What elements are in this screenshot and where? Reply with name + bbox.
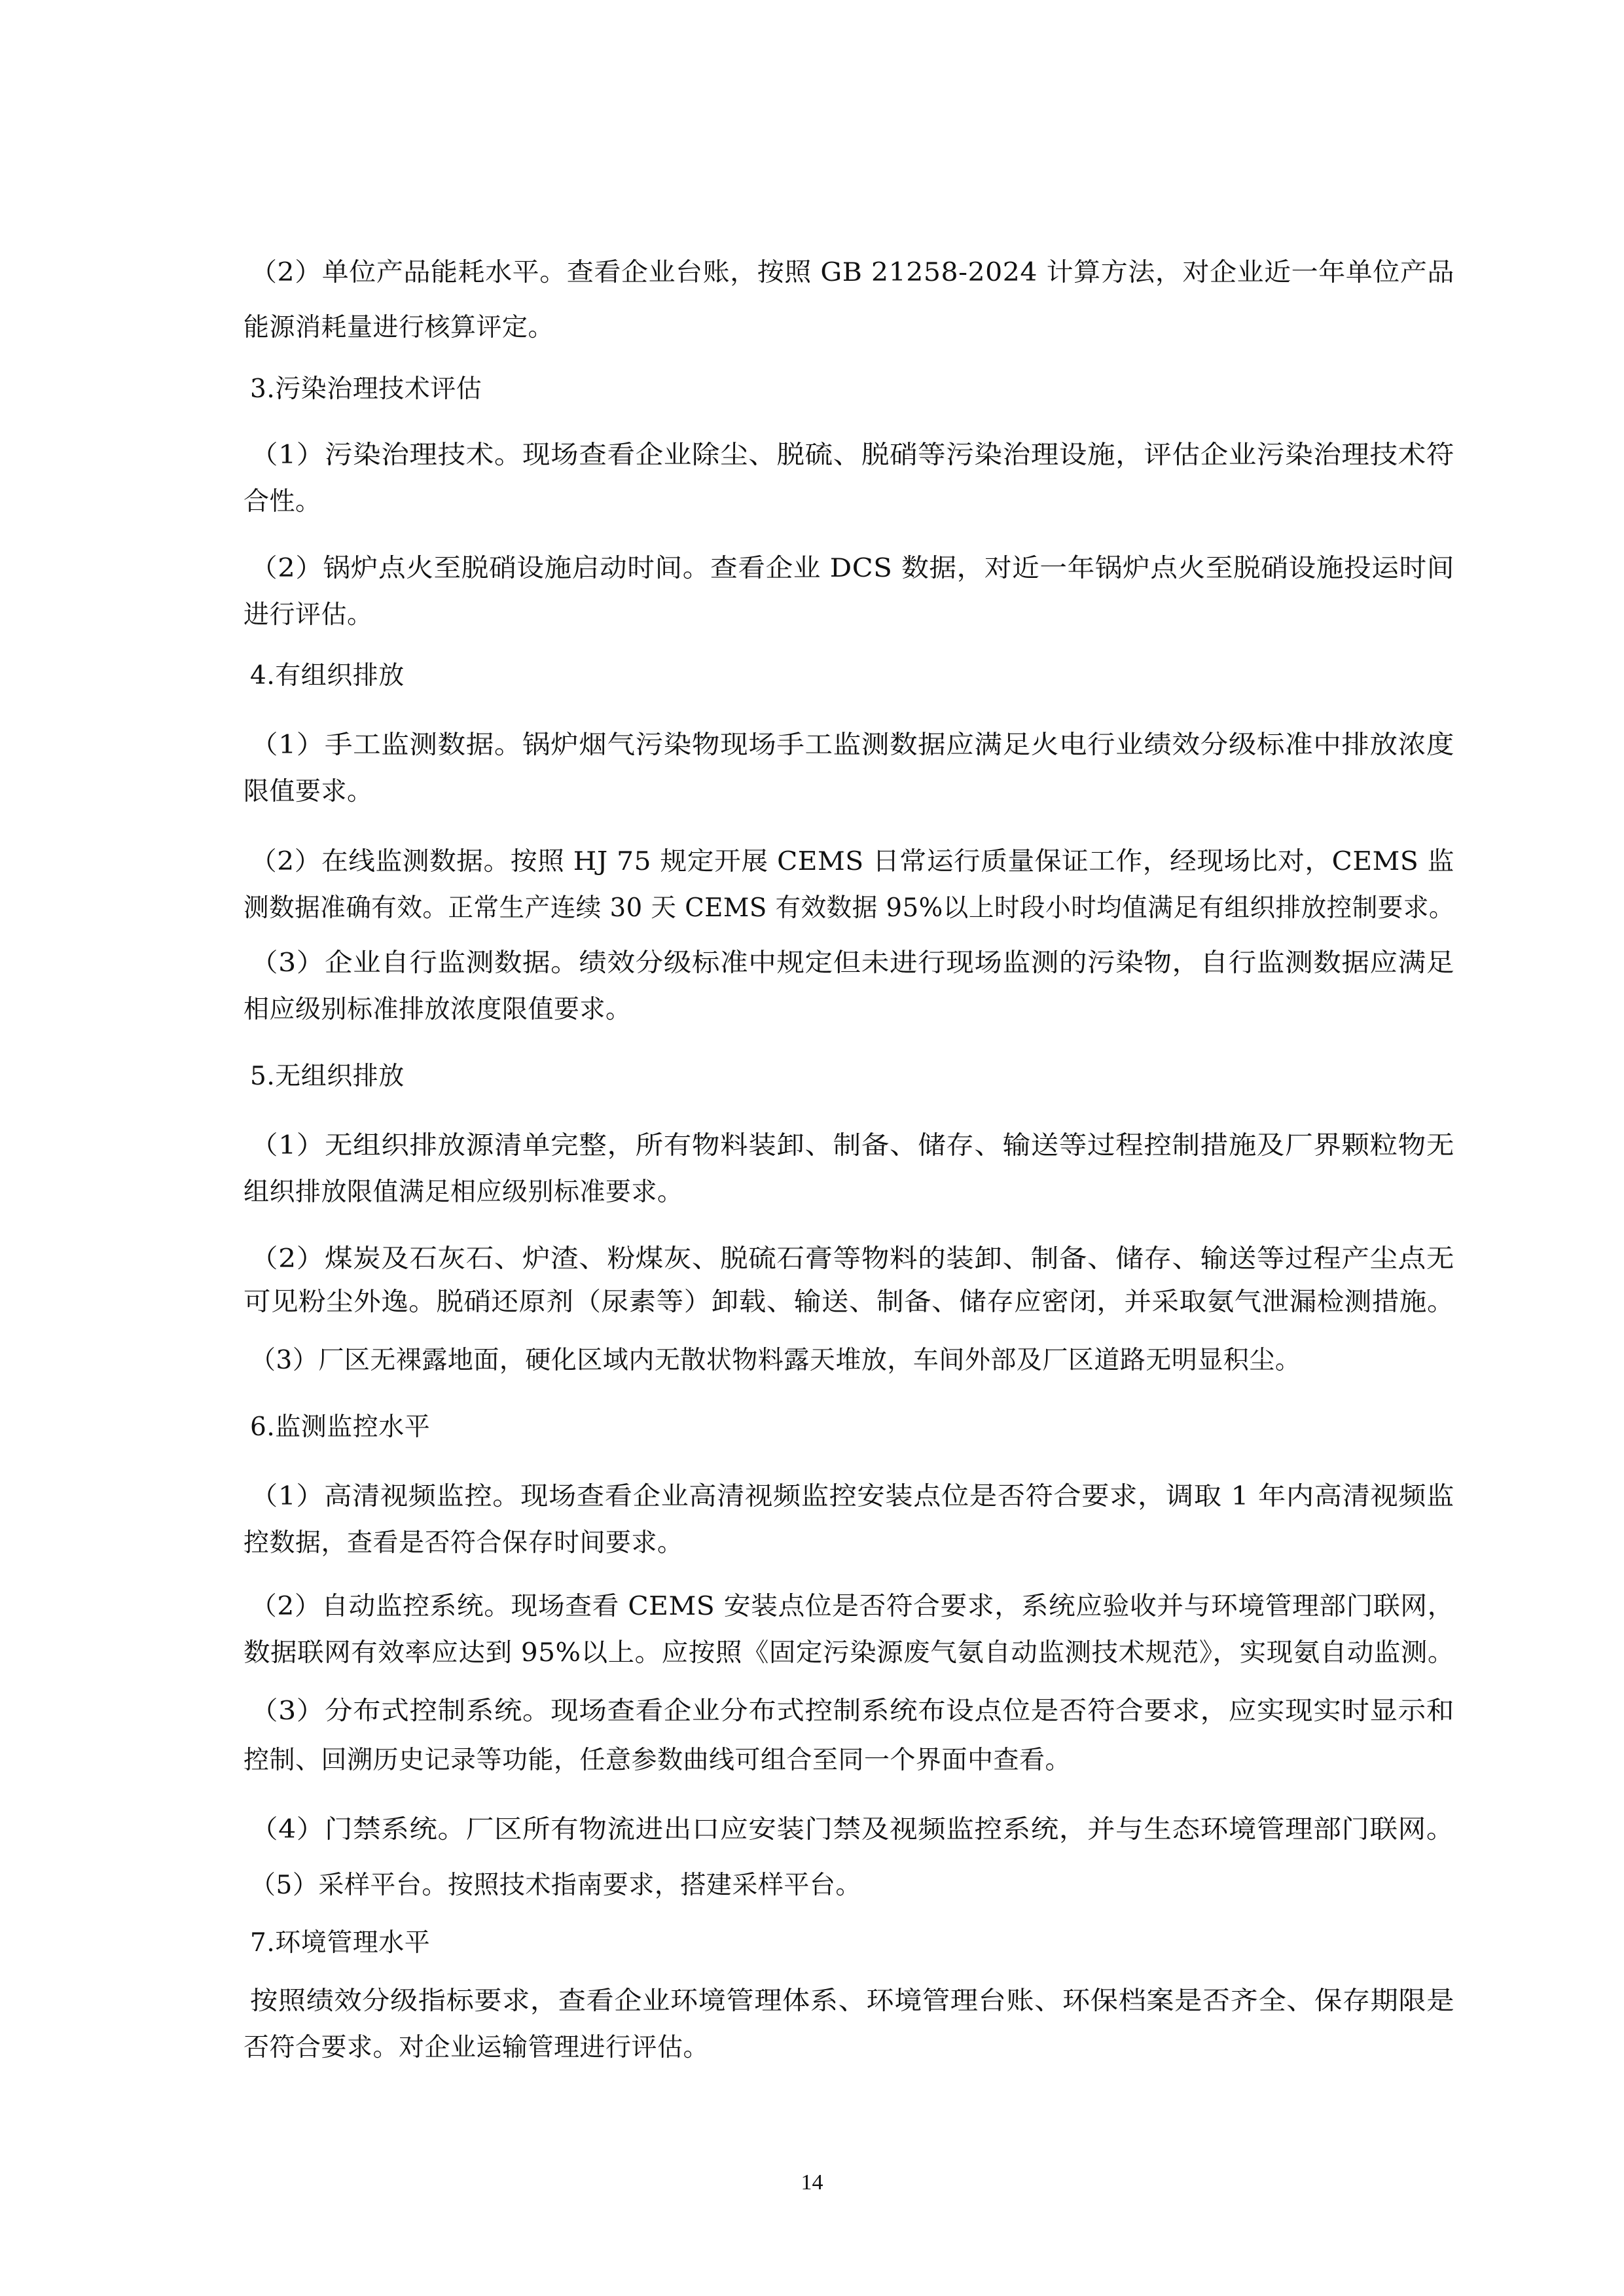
paragraph-line: 能源消耗量进行核算评定。 (244, 312, 554, 344)
paragraph-line: （2）自动监控系统。现场查看 CEMS 安装点位是否符合要求，系统应验收并与环境… (250, 1590, 1454, 1623)
page-number: 14 (0, 2170, 1624, 2195)
paragraph-line: 测数据准确有效。正常生产连续 30 天 CEMS 有效数据 95%以上时段小时均… (244, 892, 1454, 925)
paragraph-line: （2）在线监测数据。按照 HJ 75 规定开展 CEMS 日常运行质量保证工作，… (250, 846, 1454, 878)
paragraph-line: （1）高清视频监控。现场查看企业高清视频监控安装点位是否符合要求，调取 1 年内… (250, 1480, 1454, 1513)
paragraph-line: 数据联网有效率应达到 95%以上。应按照《固定污染源废气氨自动监测技术规范》，实… (244, 1637, 1454, 1670)
paragraph-line: 按照绩效分级指标要求，查看企业环境管理体系、环境管理台账、环保档案是否齐全、保存… (250, 1985, 1454, 2018)
paragraph-line: 限值要求。 (244, 776, 373, 808)
section-heading: 3.污染治理技术评估 (250, 373, 482, 406)
paragraph-line: （1）无组织排放源清单完整，所有物料装卸、制备、储存、输送等过程控制措施及厂界颗… (250, 1130, 1454, 1162)
paragraph-line: （3）企业自行监测数据。绩效分级标准中规定但未进行现场监测的污染物，自行监测数据… (250, 947, 1454, 980)
paragraph-line: （3）分布式控制系统。现场查看企业分布式控制系统布设点位是否符合要求，应实现实时… (250, 1695, 1454, 1728)
section-heading: 7.环境管理水平 (250, 1927, 430, 1960)
paragraph-line: （1）污染治理技术。现场查看企业除尘、脱硫、脱硝等污染治理设施，评估企业污染治理… (250, 439, 1454, 472)
paragraph-line: （3）厂区无裸露地面，硬化区域内无散状物料露天堆放，车间外部及厂区道路无明显积尘… (250, 1344, 1301, 1377)
section-heading: 4.有组织排放 (250, 660, 405, 692)
paragraph-line: （2）单位产品能耗水平。查看企业台账，按照 GB 21258-2024 计算方法… (250, 257, 1454, 289)
paragraph-line: 进行评估。 (244, 599, 373, 632)
section-heading: 5.无组织排放 (250, 1060, 405, 1093)
paragraph-line: （2）锅炉点火至脱硝设施启动时间。查看企业 DCS 数据，对近一年锅炉点火至脱硝… (250, 552, 1454, 585)
paragraph-line: 可见粉尘外逸。脱硝还原剂（尿素等）卸载、输送、制备、储存应密闭，并采取氨气泄漏检… (244, 1286, 1454, 1319)
paragraph-line: （5）采样平台。按照技术指南要求，搭建采样平台。 (250, 1869, 861, 1902)
paragraph-line: 控制、回溯历史记录等功能，任意参数曲线可组合至同一个界面中查看。 (244, 1744, 1071, 1777)
paragraph-line: （1）手工监测数据。锅炉烟气污染物现场手工监测数据应满足火电行业绩效分级标准中排… (250, 729, 1454, 762)
paragraph-line: 相应级别标准排放浓度限值要求。 (244, 994, 632, 1026)
paragraph-line: （4）门禁系统。厂区所有物流进出口应安装门禁及视频监控系统，并与生态环境管理部门… (250, 1814, 1454, 1846)
paragraph-line: 控数据，查看是否符合保存时间要求。 (244, 1527, 683, 1560)
paragraph-line: 组织排放限值满足相应级别标准要求。 (244, 1176, 683, 1209)
paragraph-line: 否符合要求。对企业运输管理进行评估。 (244, 2032, 709, 2064)
paragraph-line: 合性。 (244, 486, 321, 518)
paragraph-line: （2）煤炭及石灰石、炉渣、粉煤灰、脱硫石膏等物料的装卸、制备、储存、输送等过程产… (250, 1243, 1454, 1276)
section-heading: 6.监测监控水平 (250, 1411, 430, 1444)
